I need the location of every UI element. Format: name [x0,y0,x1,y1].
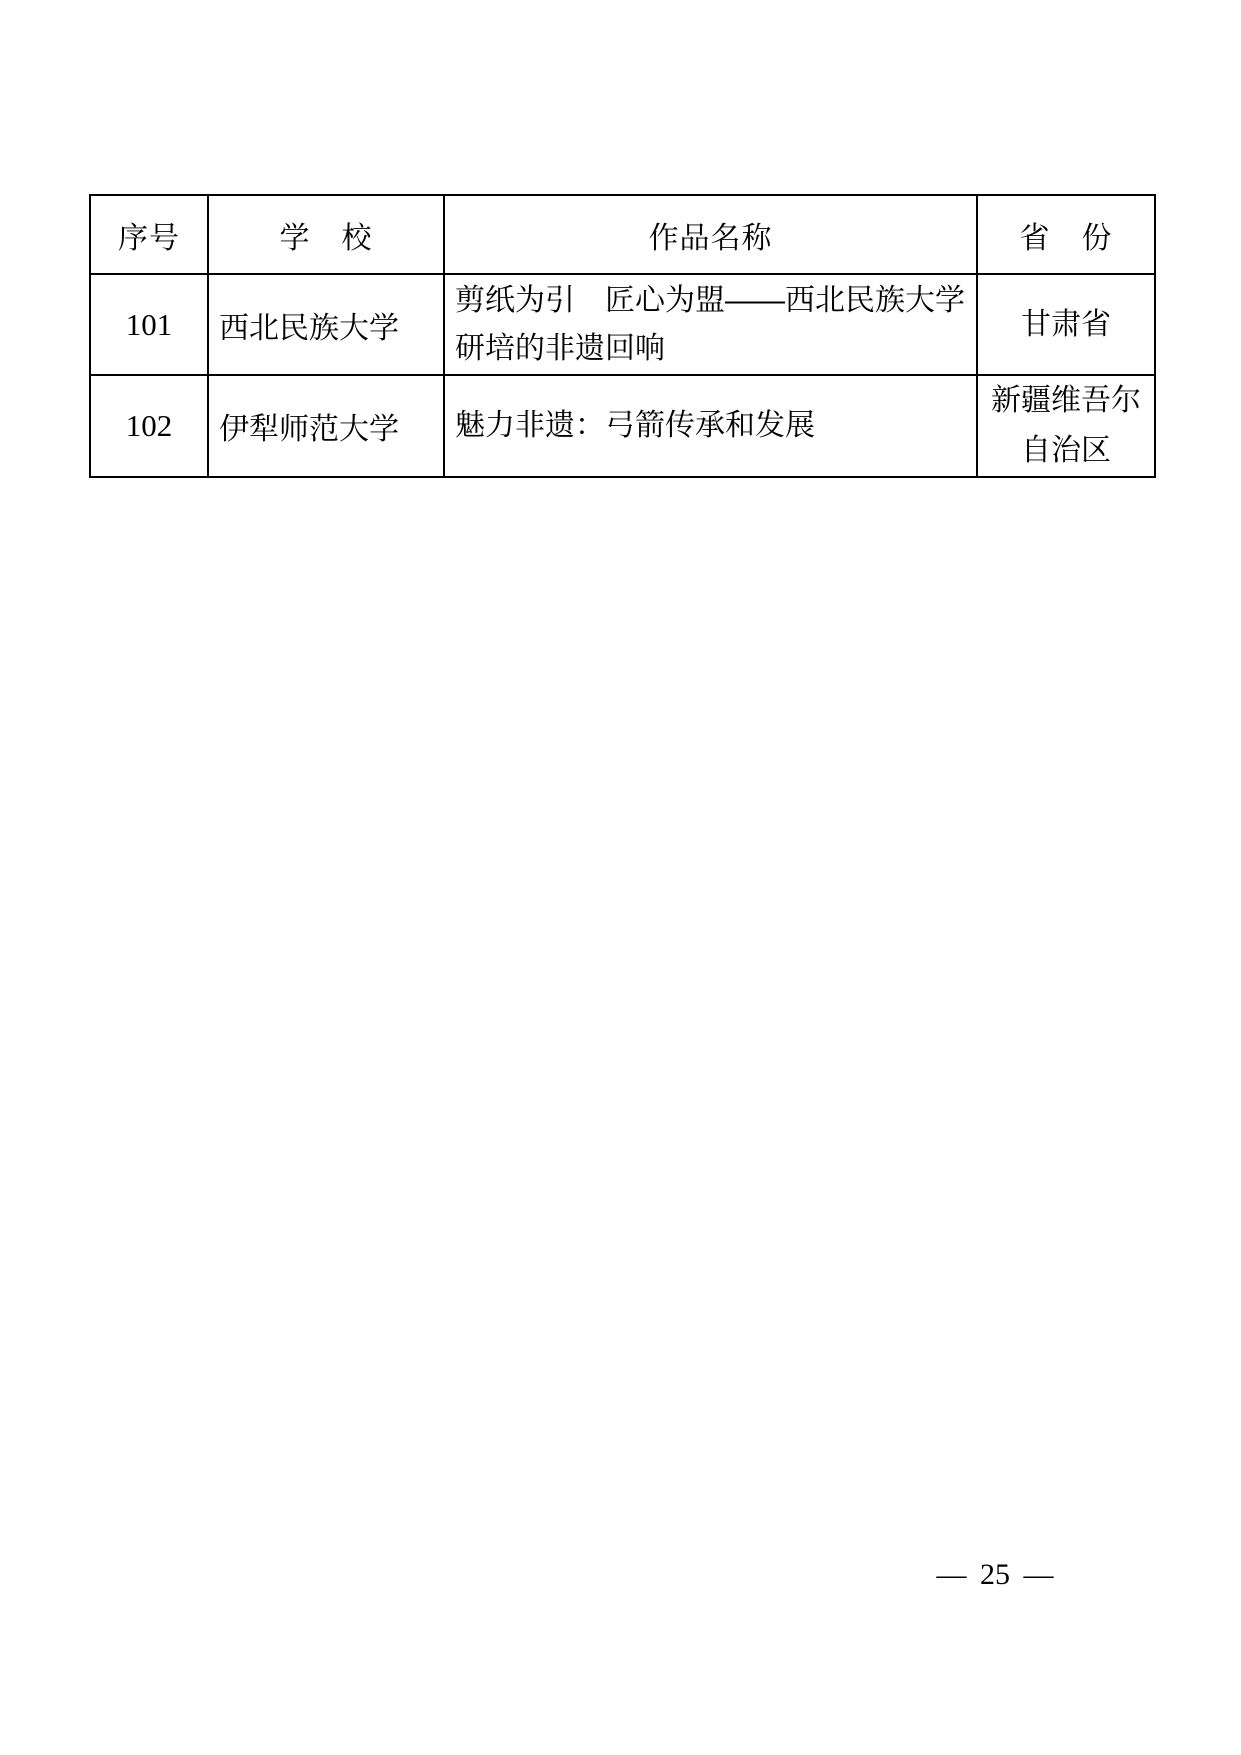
page-number: — 25 — [925,1558,1065,1592]
table-body: 101 西北民族大学 剪纸为引 匠心为盟——西北民族大学研培的非遗回响 甘肃省 … [90,274,1155,477]
table-header-row: 序号 学 校 作品名称 省 份 [90,195,1155,274]
document-page: 序号 学 校 作品名称 省 份 101 西北民族大学 剪纸为引 匠心为盟——西北… [0,0,1241,1755]
header-cell-work: 作品名称 [444,195,977,274]
header-cell-province: 省 份 [977,195,1155,274]
header-cell-no: 序号 [90,195,208,274]
table-row: 102 伊犁师范大学 魅力非遗：弓箭传承和发展 新疆维吾尔自治区 [90,375,1155,477]
header-cell-school: 学 校 [208,195,444,274]
cell-no: 101 [90,274,208,375]
cell-work-title: 魅力非遗：弓箭传承和发展 [444,375,977,477]
cell-no: 102 [90,375,208,477]
cell-province: 新疆维吾尔自治区 [977,375,1155,477]
table-header: 序号 学 校 作品名称 省 份 [90,195,1155,274]
cell-province: 甘肃省 [977,274,1155,375]
cell-school: 伊犁师范大学 [208,375,444,477]
cell-school: 西北民族大学 [208,274,444,375]
awards-table: 序号 学 校 作品名称 省 份 101 西北民族大学 剪纸为引 匠心为盟——西北… [89,194,1156,478]
table-row: 101 西北民族大学 剪纸为引 匠心为盟——西北民族大学研培的非遗回响 甘肃省 [90,274,1155,375]
cell-work-title: 剪纸为引 匠心为盟——西北民族大学研培的非遗回响 [444,274,977,375]
